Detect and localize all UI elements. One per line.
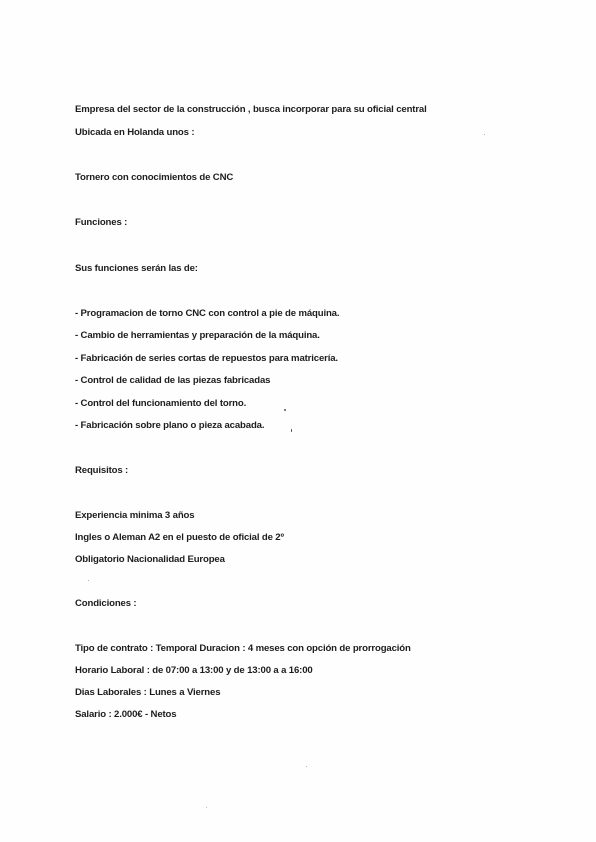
requirement-item: Experiencia minima 3 años (75, 510, 194, 522)
requirement-item: Ingles o Aleman A2 en el puesto de ofici… (75, 532, 284, 544)
scan-speck (306, 766, 307, 767)
job-title: Tornero con conocimientos de CNC (75, 172, 233, 184)
function-item: - Programacion de torno CNC con control … (75, 308, 339, 320)
function-item: - Fabricación sobre plano o pieza acabad… (75, 420, 264, 432)
function-item: - Fabricación de series cortas de repues… (75, 353, 338, 365)
function-item: - Cambio de herramientas y preparación d… (75, 330, 320, 342)
scan-speck (284, 409, 286, 411)
scan-speck (206, 807, 207, 808)
scan-speck (88, 580, 89, 581)
functions-intro: Sus funciones serán las de: (75, 263, 198, 275)
function-item: - Control del funcionamiento del torno. (75, 398, 246, 410)
condition-item: Horario Laboral : de 07:00 a 13:00 y de … (75, 665, 313, 677)
scan-speck (484, 134, 485, 135)
condition-item: Dias Laborales : Lunes a Viernes (75, 687, 220, 699)
scanned-page: Empresa del sector de la construcción , … (0, 0, 596, 842)
requirements-heading: Requisitos : (75, 465, 128, 477)
condition-item: Tipo de contrato : Temporal Duracion : 4… (75, 643, 411, 655)
function-item: - Control de calidad de las piezas fabri… (75, 375, 270, 387)
requirement-item: Obligatorio Nacionalidad Europea (75, 554, 225, 566)
intro-line-2: Ubicada en Holanda unos : (75, 127, 194, 139)
conditions-heading: Condiciones : (75, 598, 136, 610)
functions-heading: Funciones : (75, 217, 127, 229)
condition-item: Salario : 2.000€ - Netos (75, 709, 176, 721)
scan-speck (291, 429, 292, 432)
intro-line-1: Empresa del sector de la construcción , … (75, 104, 427, 116)
